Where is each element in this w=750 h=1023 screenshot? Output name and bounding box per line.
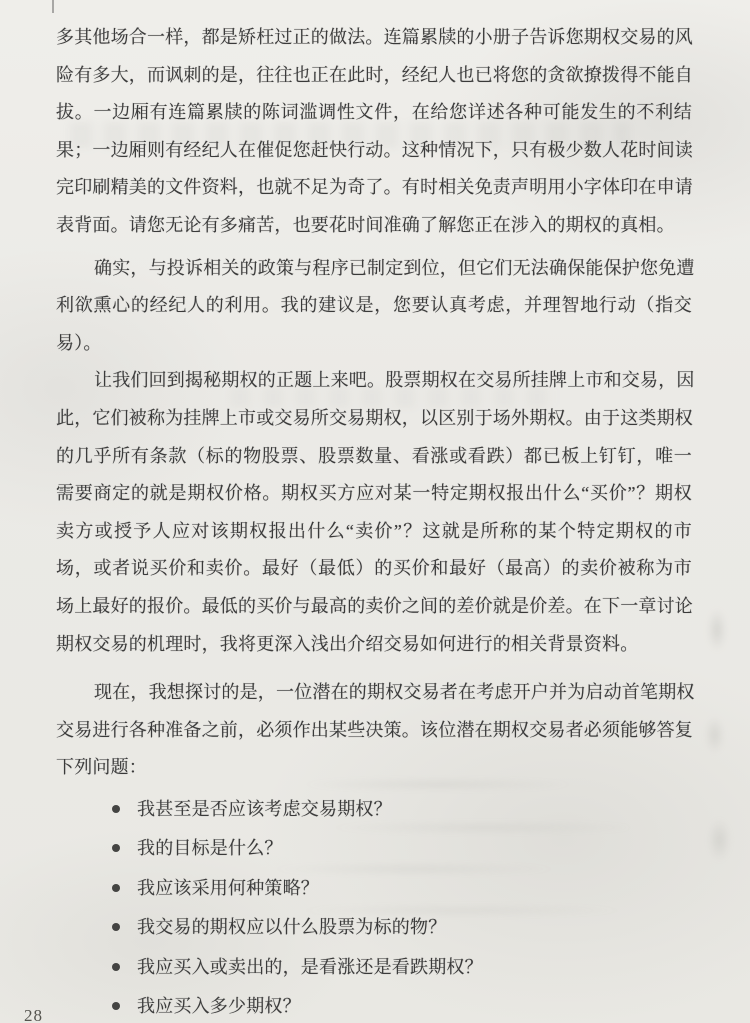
list-item-label: 我的目标是什么？: [137, 834, 283, 860]
text-line: 表背面。请您无论有多痛苦，也要花时间准确了解您正在涉入的期权的真相。: [56, 207, 692, 245]
list-item: 我的目标是什么？: [56, 827, 692, 867]
list-item: 我应买入多少期权？: [56, 985, 692, 1023]
list-item: 我应买入或卖出的，是看涨还是看跌期权？: [56, 946, 692, 986]
list-item-label: 我应买入或卖出的，是看涨还是看跌期权？: [137, 953, 483, 979]
bullet-icon: [112, 923, 120, 931]
text-line: 场，或者说买价和卖价。最好（最低）的买价和最好（最高）的卖价被称为市: [56, 550, 692, 588]
text-line: 下列问题：: [56, 749, 692, 787]
text-line: 确实，与投诉相关的政策与程序已制定到位，但它们无法确保能保护您免遭: [56, 250, 692, 288]
book-page: 多其他场合一样，都是矫枉过正的做法。连篇累牍的小册子告诉您期权交易的风 险有多大…: [0, 0, 750, 1023]
text-line: 期权交易的机理时，我将更深入浅出介绍交易如何进行的相关背景资料。: [56, 626, 692, 664]
text-line: 此，它们被称为挂牌上市或交易所交易期权，以区别于场外期权。由于这类期权: [56, 400, 692, 438]
text-line: 卖方或授予人应对该期权报出什么“卖价”？这就是所称的某个特定期权的市: [56, 513, 692, 551]
list-item-label: 我甚至是否应该考虑交易期权？: [137, 795, 392, 821]
text-line: 的几乎所有条款（标的物股票、股票数量、看涨或看跌）都已板上钉钉，唯一: [56, 438, 692, 476]
text-column: 多其他场合一样，都是矫枉过正的做法。连篇累牍的小册子告诉您期权交易的风 险有多大…: [0, 0, 750, 1023]
list-item: 我交易的期权应以什么股票为标的物？: [56, 906, 692, 946]
text-line: 易）。: [56, 325, 692, 363]
text-line: 拔。一边厢有连篇累牍的陈词滥调性文件，在给您详述各种可能发生的不利结: [56, 94, 692, 132]
bullet-icon: [112, 844, 120, 852]
page-number: 28: [24, 1006, 43, 1023]
text-line: 利欲熏心的经纪人的利用。我的建议是，您要认真考虑，并理智地行动（指交: [56, 287, 692, 325]
bullet-icon: [112, 1002, 120, 1010]
text-line: 现在，我想探讨的是，一位潜在的期权交易者在考虑开户并为启动首笔期权: [56, 674, 692, 712]
text-line: 让我们回到揭秘期权的正题上来吧。股票期权在交易所挂牌上市和交易，因: [56, 362, 692, 400]
paragraph: 让我们回到揭秘期权的正题上来吧。股票期权在交易所挂牌上市和交易，因 此，它们被称…: [56, 362, 692, 663]
paragraph: 多其他场合一样，都是矫枉过正的做法。连篇累牍的小册子告诉您期权交易的风 险有多大…: [56, 19, 692, 245]
bullet-icon: [112, 963, 120, 971]
bullet-icon: [112, 884, 120, 892]
list-item-label: 我交易的期权应以什么股票为标的物？: [137, 913, 446, 939]
bullet-icon: [112, 805, 120, 813]
text-line: 多其他场合一样，都是矫枉过正的做法。连篇累牍的小册子告诉您期权交易的风: [56, 19, 692, 57]
text-line: 险有多大，而讽刺的是，往往也正在此时，经纪人也已将您的贪欲撩拨得不能自: [56, 57, 692, 95]
question-list: 我甚至是否应该考虑交易期权？ 我的目标是什么？ 我应该采用何种策略？ 我交易的期…: [56, 788, 692, 1023]
text-line: 完印刷精美的文件资料，也就不足为奇了。有时相关免责声明用小字体印在申请: [56, 169, 692, 207]
list-item: 我应该采用何种策略？: [56, 867, 692, 907]
text-line: 果；一边厢则有经纪人在催促您赶快行动。这种情况下，只有极少数人花时间读: [56, 132, 692, 170]
paragraph: 确实，与投诉相关的政策与程序已制定到位，但它们无法确保能保护您免遭 利欲熏心的经…: [56, 250, 692, 363]
text-line: 需要商定的就是期权价格。期权买方应对某一特定期权报出什么“买价”？期权: [56, 475, 692, 513]
text-line: 场上最好的报价。最低的买价与最高的卖价之间的差价就是价差。在下一章讨论: [56, 588, 692, 626]
paragraph: 现在，我想探讨的是，一位潜在的期权交易者在考虑开户并为启动首笔期权 交易进行各种…: [56, 674, 692, 787]
text-line: 交易进行各种准备之前，必须作出某些决策。该位潜在期权交易者必须能够答复: [56, 712, 692, 750]
list-item-label: 我应买入多少期权？: [137, 992, 301, 1018]
list-item-label: 我应该采用何种策略？: [137, 874, 319, 900]
list-item: 我甚至是否应该考虑交易期权？: [56, 788, 692, 828]
